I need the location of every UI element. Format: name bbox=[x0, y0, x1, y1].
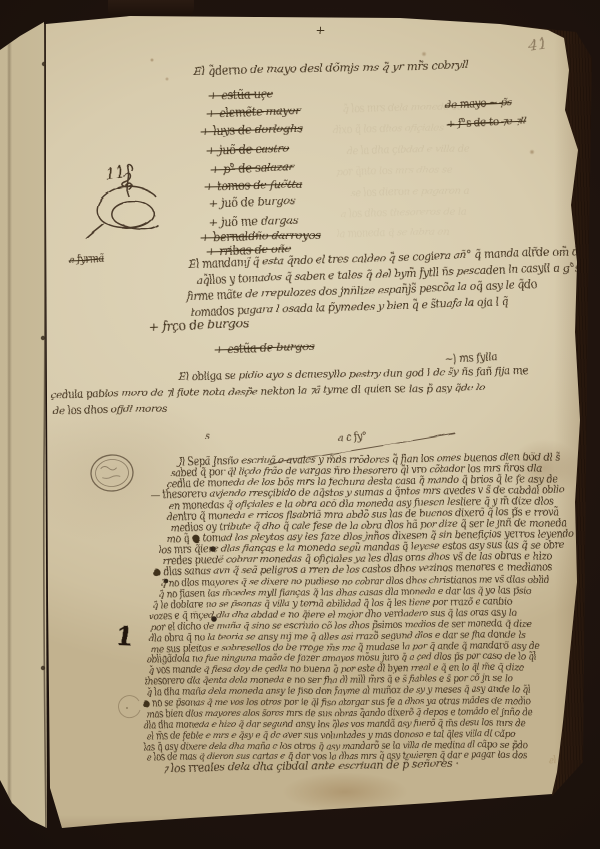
margin-note-firma: e fyrmã bbox=[68, 255, 105, 266]
list-entry-6: + tomos de fuẽtta bbox=[204, 179, 303, 192]
item-numeral: 1 bbox=[115, 624, 134, 651]
ghost-line-3: de la dha çibdad e villa de bbox=[346, 145, 469, 157]
closing-line: ⁊ los rreales dela dha çibdal ante escri… bbox=[162, 758, 459, 774]
ghost-line-2: dixo q̃ los dhos ofiçiales bbox=[332, 124, 444, 136]
right-annotation-3: ~| ms fylla bbox=[444, 352, 498, 364]
list-entry-5: + p° de salazar bbox=[210, 162, 295, 176]
handwriting-layer: +41El q̃derno de mayo desl dõmjs ms q̃ y… bbox=[0, 0, 600, 849]
list-entry-7: + juõ de burgos bbox=[208, 196, 296, 210]
binding-headband bbox=[108, 0, 194, 19]
entry-burgos-1: + frço de burgos bbox=[148, 317, 250, 333]
paragraph-b-line-3: de los dhos ofjdl moros bbox=[52, 404, 167, 417]
ghost-line-4: por q̃nto los mrs dhos se bbox=[336, 166, 453, 178]
photo-backdrop: +41El q̃derno de mayo desl dõmjs ms q̃ y… bbox=[0, 0, 600, 849]
list-entry-3: + luys de dorloghs bbox=[200, 123, 303, 137]
ghost-line-1: q̃ los mrs dela moneda se bbox=[342, 103, 463, 115]
paragraph-b-line-1: El obliga se pidio ayo s demesyllo pestr… bbox=[178, 366, 529, 383]
list-entry-1: + estũa uçe bbox=[208, 89, 274, 102]
list-entry-9: + bernaldño darroyos bbox=[200, 230, 321, 244]
entry-burgos-2: + estũa de burgos bbox=[214, 341, 315, 355]
right-annotation-2: + f°s de to ⁊e ⁊ll bbox=[446, 116, 527, 129]
pilcrow-mark: s bbox=[204, 432, 209, 442]
center-mark: a c fy° bbox=[337, 432, 367, 444]
list-entry-4: + juõ de castro bbox=[206, 144, 290, 157]
folio-number: 41 bbox=[527, 36, 548, 54]
list-entry-8: + juõ me dargas bbox=[208, 215, 299, 228]
ghost-line-6: a los dhos thesoreros de la bbox=[340, 208, 467, 220]
paragraph-b-line-2: çedula pablos moro de ⁊l fiote nota desp… bbox=[50, 382, 485, 400]
ghost-line-7: la moneda q̃ se labra en bbox=[336, 228, 450, 240]
manuscript-page: +41El q̃derno de mayo desl dõmjs ms q̃ y… bbox=[0, 0, 600, 849]
collation-mark: 11 bbox=[104, 164, 126, 183]
ghost-line-5: se los dieron e pagaron a bbox=[350, 187, 469, 199]
list-entry-2: + elemẽte mayor bbox=[206, 106, 301, 120]
heading-line: El q̃derno de mayo desl dõmjs ms q̃ yr m… bbox=[193, 59, 469, 77]
top-cross-mark: + bbox=[315, 24, 325, 36]
